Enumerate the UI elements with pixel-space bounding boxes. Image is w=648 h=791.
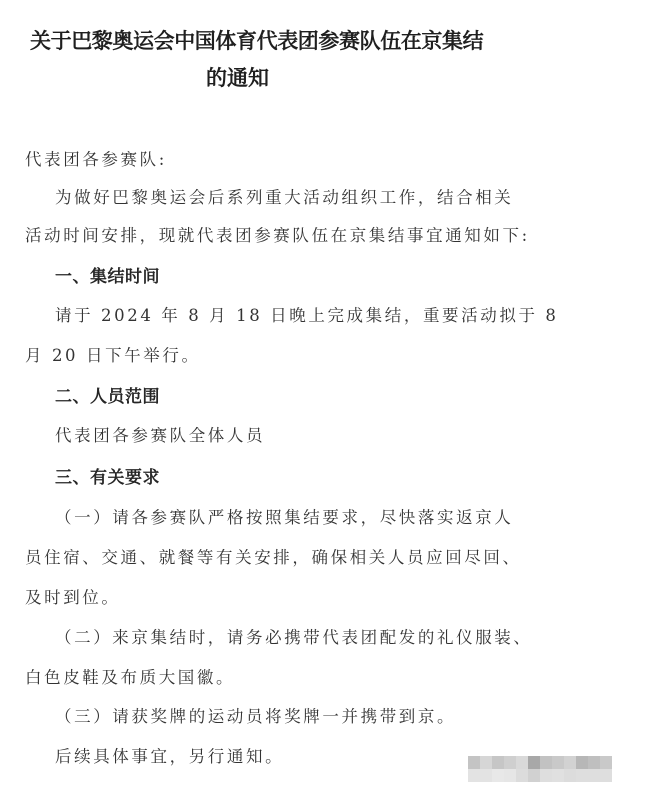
document-title-line-2: 的通知 <box>206 65 269 91</box>
watermark-pixel <box>600 769 612 782</box>
requirement-1-line-1: （一）请各参赛队严格按照集结要求，尽快落实返京人 <box>55 507 513 529</box>
pixelated-watermark <box>468 756 612 782</box>
watermark-pixel <box>468 756 480 769</box>
watermark-pixel <box>528 769 540 782</box>
watermark-pixel <box>480 756 492 769</box>
watermark-pixel <box>552 769 564 782</box>
watermark-pixel <box>528 756 540 769</box>
watermark-pixel <box>504 756 516 769</box>
closing-line: 后续具体事宜，另行通知。 <box>55 746 284 768</box>
intro-line-1: 为做好巴黎奥运会后系列重大活动组织工作，结合相关 <box>55 187 513 209</box>
requirement-2-line-2: 白色皮鞋及布质大国徽。 <box>25 667 235 689</box>
watermark-pixel <box>576 756 588 769</box>
section-heading-requirements: 三、有关要求 <box>55 467 160 489</box>
watermark-pixel <box>504 769 516 782</box>
gathering-time-line-1: 请于 2024 年 8 月 18 日晚上完成集结，重要活动拟于 8 <box>55 305 559 327</box>
intro-line-2: 活动时间安排，现就代表团参赛队伍在京集结事宜通知如下: <box>25 225 530 247</box>
gathering-time-line-2: 月 20 日下午举行。 <box>25 345 201 367</box>
watermark-pixel <box>516 769 528 782</box>
watermark-pixel <box>564 756 576 769</box>
watermark-pixel <box>516 756 528 769</box>
watermark-pixel <box>468 769 480 782</box>
requirement-3-line-1: （三）请获奖牌的运动员将奖牌一并携带到京。 <box>55 706 456 728</box>
document-title-line-1: 关于巴黎奥运会中国体育代表团参赛队伍在京集结 <box>30 28 442 54</box>
watermark-pixel <box>564 769 576 782</box>
watermark-pixel <box>540 769 552 782</box>
watermark-pixel <box>576 769 588 782</box>
requirement-2-line-1: （二）来京集结时，请务必携带代表团配发的礼仪服装、 <box>55 627 533 649</box>
watermark-pixel <box>492 756 504 769</box>
section-heading-gathering-time: 一、集结时间 <box>55 266 160 288</box>
section-heading-personnel-scope: 二、人员范围 <box>55 386 160 408</box>
watermark-pixel <box>540 756 552 769</box>
watermark-pixel <box>492 769 504 782</box>
watermark-pixel <box>552 756 564 769</box>
watermark-pixel <box>600 756 612 769</box>
requirement-1-line-2: 员住宿、交通、就餐等有关安排，确保相关人员应回尽回、 <box>25 547 522 569</box>
personnel-scope-line-1: 代表团各参赛队全体人员 <box>55 425 265 447</box>
watermark-pixel <box>480 769 492 782</box>
requirement-1-line-3: 及时到位。 <box>25 587 121 609</box>
notice-document: 关于巴黎奥运会中国体育代表团参赛队伍在京集结 的通知 代表团各参赛队: 为做好巴… <box>0 0 648 791</box>
salutation: 代表团各参赛队: <box>25 149 167 171</box>
watermark-pixel <box>588 756 600 769</box>
watermark-pixel <box>588 769 600 782</box>
